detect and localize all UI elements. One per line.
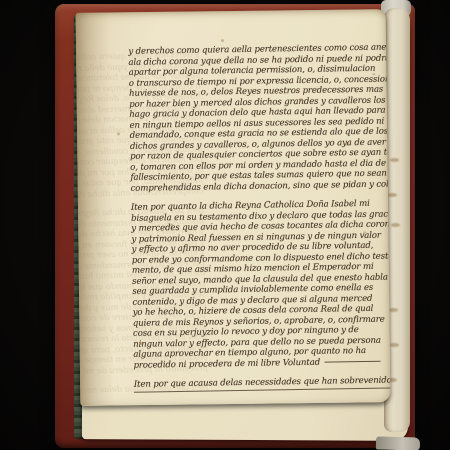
foxing-spot [117,132,120,135]
manuscript-text-block: y derechos como quiera aella pertenescie… [128,43,390,402]
foxing-spot [329,310,331,312]
foxing-spot [363,231,366,233]
page-stack-bottom-corner [376,436,420,450]
foxing-spot [170,224,173,227]
manuscript-line: Iten por que acausa delas necessidades q… [134,375,391,392]
paragraph-1: y derechos como quiera aella pertenescie… [128,43,386,194]
foxing-spot [372,73,375,75]
manuscript-page: y derechos como quiera aella pertenescie… [76,9,391,406]
foxing-spot [299,98,303,101]
photo-backdrop: y derechos como quiera aella pertenescie… [0,0,450,450]
fore-edge-ink-mark [390,158,399,162]
fore-edge-ink-mark [391,223,400,227]
foxing-spot [221,39,224,42]
fore-edge-ink-mark [389,308,398,312]
fore-edge-ink-mark [390,343,399,347]
fore-edge-ink-mark [388,193,397,197]
foxing-spot [345,142,349,146]
foxing-spot [140,342,144,345]
paragraph-3: Iten por que acausa delas necessidades q… [134,376,390,393]
foxing-spot [227,163,229,165]
